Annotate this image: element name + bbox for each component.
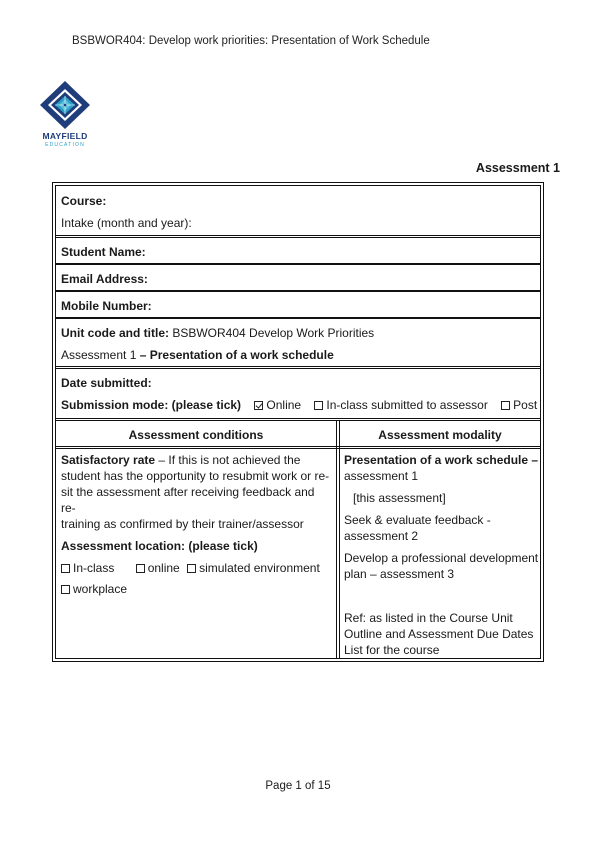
assessment-cover-form: Course: Intake (month and year): Student… xyxy=(52,182,544,662)
logo-subtitle: EDUCATION xyxy=(38,142,92,148)
modality-item1-title: Presentation of a work schedule – xyxy=(344,452,540,468)
assessment-prefix: Assessment 1 xyxy=(61,348,136,362)
logo-name: MAYFIELD xyxy=(38,131,92,141)
email-row[interactable]: Email Address: xyxy=(56,265,540,292)
assessment-title-line: Assessment 1 – Presentation of a work sc… xyxy=(61,348,334,362)
location-options-line2: workplace xyxy=(61,581,332,597)
email-label: Email Address: xyxy=(61,272,148,286)
modality-item3-line1: Develop a professional development xyxy=(344,550,540,566)
location-option-simulated[interactable]: simulated environment xyxy=(187,561,320,575)
course-row: Course: Intake (month and year): xyxy=(56,186,540,238)
checkbox-icon[interactable] xyxy=(314,401,323,410)
student-name-label: Student Name: xyxy=(61,245,146,259)
conditions-cell: Satisfactory rate – If this is not achie… xyxy=(56,452,336,597)
diamond-logo-icon xyxy=(38,80,92,130)
submission-option-in-class[interactable]: In-class submitted to assessor xyxy=(314,398,487,412)
page-header: BSBWOR404: Develop work priorities: Pres… xyxy=(72,35,430,47)
location-option-in-class[interactable]: In-class xyxy=(61,561,114,575)
checkbox-icon[interactable] xyxy=(187,564,196,573)
conditions-header: Assessment conditions xyxy=(56,428,336,442)
location-options-line1: In-class online simulated environment xyxy=(61,560,332,576)
checkbox-icon[interactable] xyxy=(136,564,145,573)
location-option-online[interactable]: online xyxy=(136,561,180,575)
modality-ref-line2: Outline and Assessment Due Dates xyxy=(344,626,540,642)
modality-cell: Presentation of a work schedule – assess… xyxy=(340,452,540,658)
modality-ref-line3: List for the course xyxy=(344,642,540,658)
location-option-workplace[interactable]: workplace xyxy=(61,582,127,596)
checkbox-icon[interactable] xyxy=(501,401,510,410)
modality-ref-line1: Ref: as listed in the Course Unit xyxy=(344,610,540,626)
unit-row: Unit code and title: BSBWOR404 Develop W… xyxy=(56,319,540,369)
date-submitted-label: Date submitted: xyxy=(61,376,152,390)
mayfield-logo: MAYFIELD EDUCATION xyxy=(38,80,94,152)
checkbox-icon[interactable] xyxy=(61,564,70,573)
checkbox-icon[interactable] xyxy=(61,585,70,594)
modality-item2-line1: Seek & evaluate feedback - xyxy=(344,512,540,528)
submission-mode-label: Submission mode: (please tick) xyxy=(61,398,241,412)
submission-option-post[interactable]: Post xyxy=(501,398,537,412)
intake-label: Intake (month and year): xyxy=(61,216,192,230)
course-label: Course: xyxy=(61,194,106,208)
page-number: Page 1 of 15 xyxy=(0,780,596,792)
location-label: Assessment location: (please tick) xyxy=(61,538,332,554)
modality-item1-sub: assessment 1 xyxy=(344,468,540,484)
modality-item1-note: [this assessment] xyxy=(344,490,540,506)
modality-item2-line2: assessment 2 xyxy=(344,528,540,544)
assessment-label: Assessment 1 xyxy=(476,161,560,175)
table-header-row: Assessment conditions Assessment modalit… xyxy=(56,421,540,449)
unit-label: Unit code and title: xyxy=(61,326,169,340)
mobile-label: Mobile Number: xyxy=(61,299,152,313)
satisfactory-paragraph: Satisfactory rate – If this is not achie… xyxy=(61,452,332,532)
student-name-row[interactable]: Student Name: xyxy=(56,238,540,265)
unit-line: Unit code and title: BSBWOR404 Develop W… xyxy=(61,326,374,340)
submission-mode-line: Submission mode: (please tick) Online In… xyxy=(61,398,537,412)
modality-item3-line2: plan – assessment 3 xyxy=(344,566,540,582)
mobile-row[interactable]: Mobile Number: xyxy=(56,292,540,319)
submission-option-online[interactable]: Online xyxy=(254,398,301,412)
assessment-title: – Presentation of a work schedule xyxy=(136,348,333,362)
submission-row: Date submitted: Submission mode: (please… xyxy=(56,369,540,421)
checkbox-checked-icon[interactable] xyxy=(254,401,263,410)
unit-value: BSBWOR404 Develop Work Priorities xyxy=(169,326,374,340)
satisfactory-title: Satisfactory rate xyxy=(61,453,155,467)
modality-header: Assessment modality xyxy=(340,428,540,442)
